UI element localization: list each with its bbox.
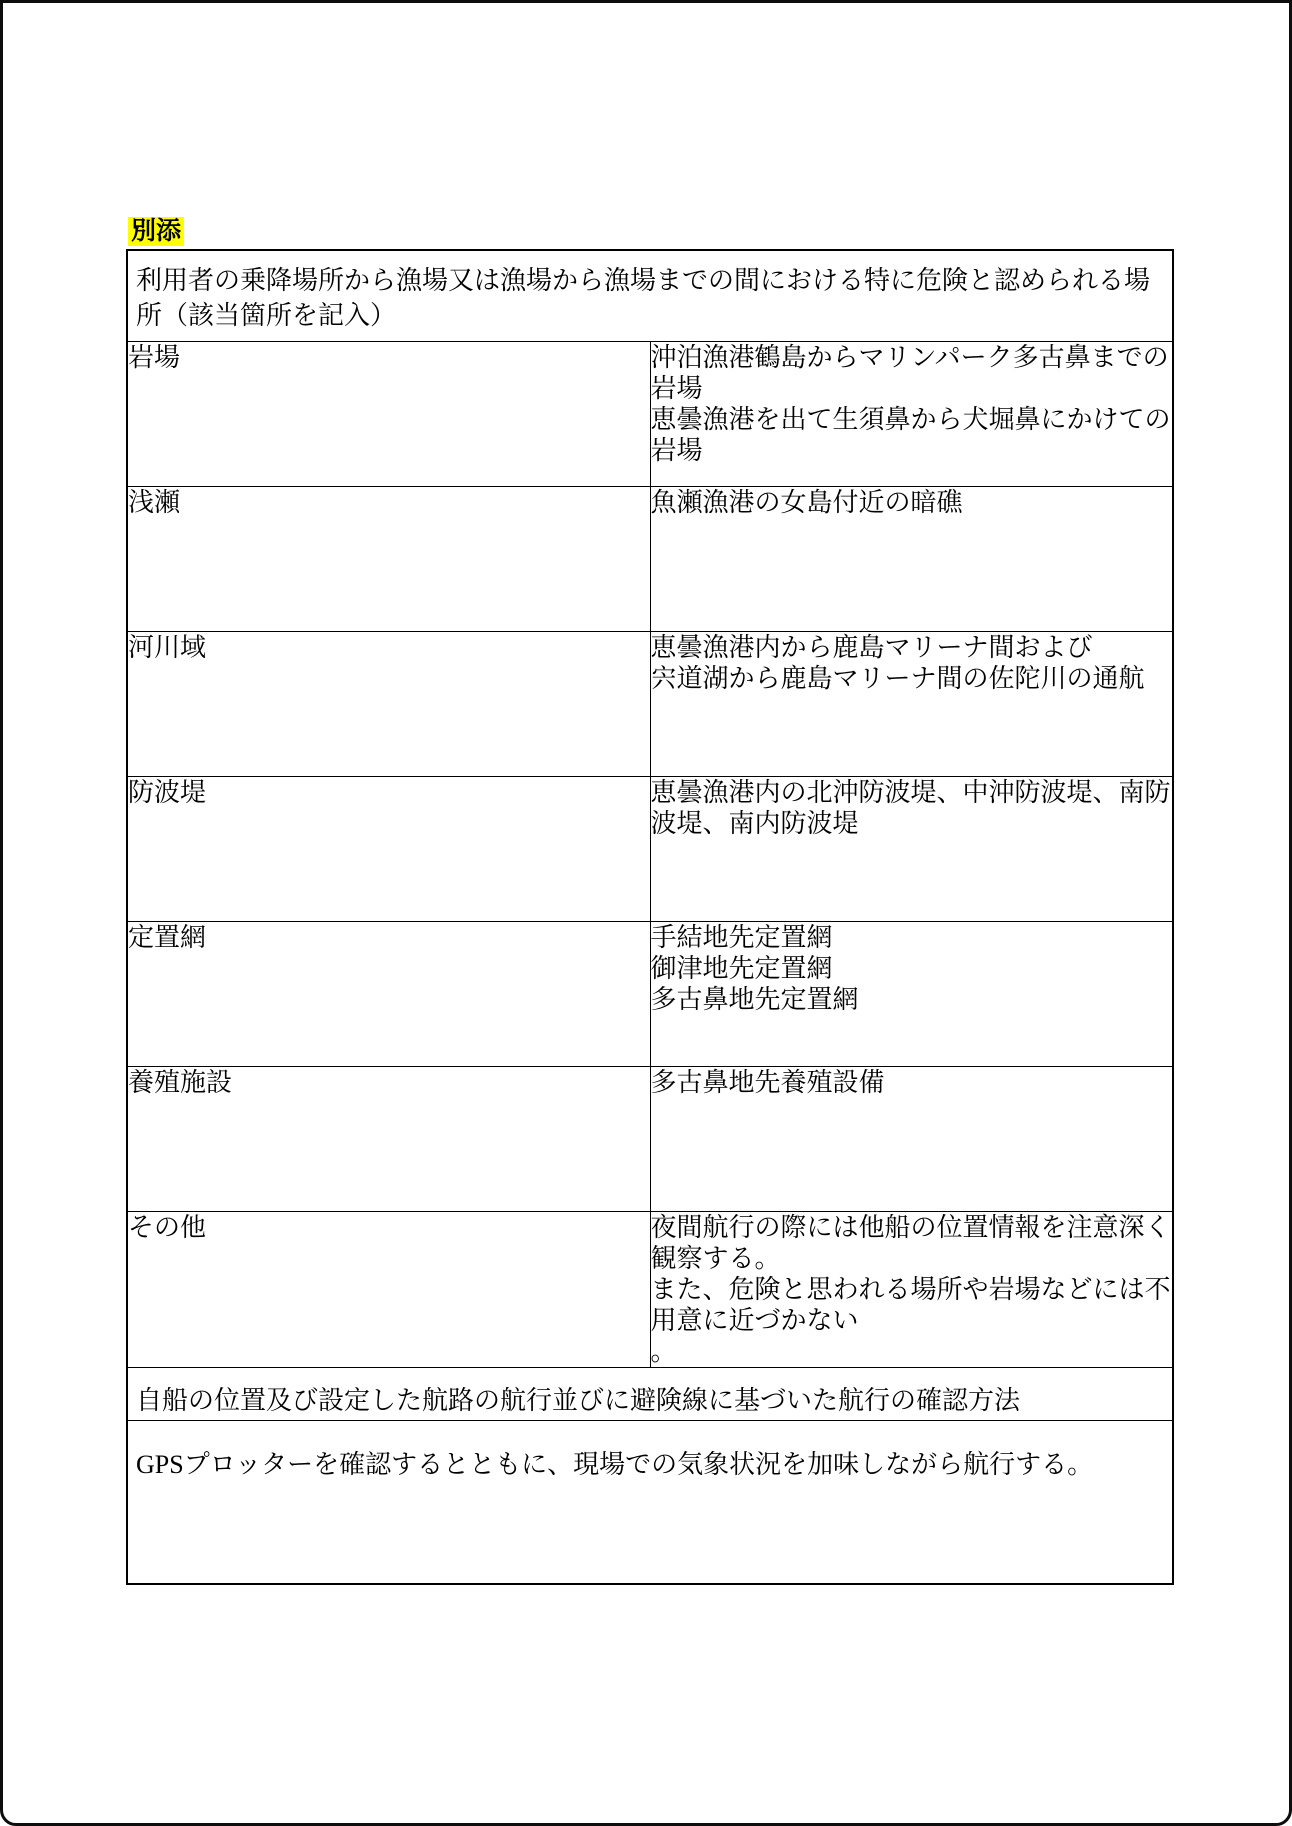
table-row: 浅瀬 魚瀬漁港の女島付近の暗礁 (127, 487, 1173, 632)
document-content: 別添 利用者の乗降場所から漁場又は漁場から漁場までの間における特に危険と認められ… (126, 217, 1178, 1585)
category-cell: 養殖施設 (127, 1067, 650, 1212)
confirmation-header-cell: 自船の位置及び設定した航路の航行並びに避険線に基づいた航行の確認方法 (127, 1368, 1173, 1421)
table-row: 養殖施設 多古鼻地先養殖設備 (127, 1067, 1173, 1212)
category-cell: 防波堤 (127, 777, 650, 922)
category-cell: 定置網 (127, 922, 650, 1067)
confirmation-body-cell: GPSプロッターを確認するとともに、現場での気象状況を加味しながら航行する。 (127, 1421, 1173, 1584)
attachment-label: 別添 (128, 217, 184, 246)
table-row: 岩場 沖泊漁港鶴島からマリンパーク多古鼻までの岩場 恵曇漁港を出て生須鼻から犬堀… (127, 342, 1173, 487)
table-row: 河川域 恵曇漁港内から鹿島マリーナ間および 宍道湖から鹿島マリーナ間の佐陀川の通… (127, 632, 1173, 777)
category-cell: 岩場 (127, 342, 650, 487)
hazard-table-header-row: 利用者の乗降場所から漁場又は漁場から漁場までの間における特に危険と認められる場所… (127, 250, 1173, 342)
document-page: 別添 利用者の乗降場所から漁場又は漁場から漁場までの間における特に危険と認められ… (0, 0, 1292, 1826)
table-row: 定置網 手結地先定置網 御津地先定置網 多古鼻地先定置網 (127, 922, 1173, 1067)
table-row: 防波堤 恵曇漁港内の北沖防波堤、中沖防波堤、南防波堤、南内防波堤 (127, 777, 1173, 922)
category-cell: その他 (127, 1212, 650, 1368)
confirmation-body-row: GPSプロッターを確認するとともに、現場での気象状況を加味しながら航行する。 (127, 1421, 1173, 1584)
category-cell: 河川域 (127, 632, 650, 777)
hazard-table-header-cell: 利用者の乗降場所から漁場又は漁場から漁場までの間における特に危険と認められる場所… (127, 250, 1173, 342)
details-cell: 恵曇漁港内の北沖防波堤、中沖防波堤、南防波堤、南内防波堤 (650, 777, 1173, 922)
details-cell: 沖泊漁港鶴島からマリンパーク多古鼻までの岩場 恵曇漁港を出て生須鼻から犬堀鼻にか… (650, 342, 1173, 487)
details-cell: 多古鼻地先養殖設備 (650, 1067, 1173, 1212)
details-cell: 夜間航行の際には他船の位置情報を注意深く観察する。 また、危険と思われる場所や岩… (650, 1212, 1173, 1368)
confirmation-header-row: 自船の位置及び設定した航路の航行並びに避険線に基づいた航行の確認方法 (127, 1368, 1173, 1421)
hazard-table: 利用者の乗降場所から漁場又は漁場から漁場までの間における特に危険と認められる場所… (126, 249, 1174, 1585)
details-cell: 手結地先定置網 御津地先定置網 多古鼻地先定置網 (650, 922, 1173, 1067)
details-cell: 恵曇漁港内から鹿島マリーナ間および 宍道湖から鹿島マリーナ間の佐陀川の通航 (650, 632, 1173, 777)
details-cell: 魚瀬漁港の女島付近の暗礁 (650, 487, 1173, 632)
category-cell: 浅瀬 (127, 487, 650, 632)
table-row: その他 夜間航行の際には他船の位置情報を注意深く観察する。 また、危険と思われる… (127, 1212, 1173, 1368)
